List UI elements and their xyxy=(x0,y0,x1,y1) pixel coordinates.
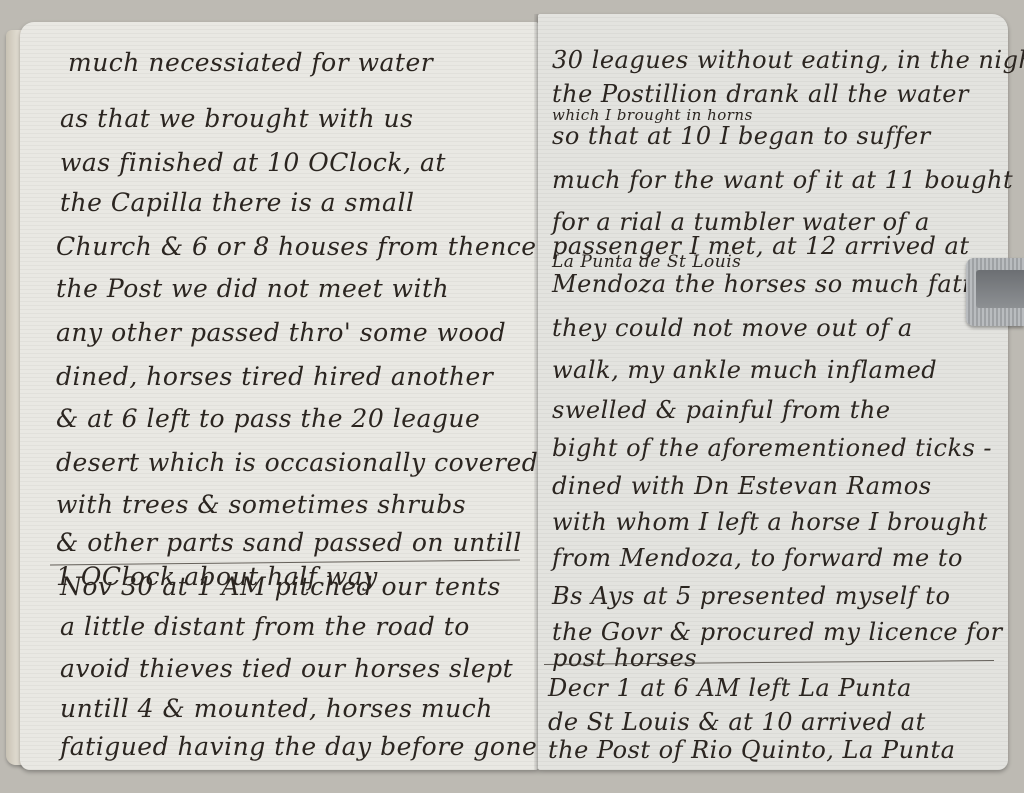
text-line: de St Louis & at 10 arrived at xyxy=(548,708,926,736)
text-line: the Capilla there is a small xyxy=(60,188,414,217)
text-line: Bs Ays at 5 presented myself to xyxy=(552,582,950,610)
text-line: & other parts sand passed on untill xyxy=(56,528,522,557)
text-line: avoid thieves tied our horses slept xyxy=(60,654,513,683)
left-page: much necessiated for water as that we br… xyxy=(20,22,538,770)
text-line: dined, horses tired hired another xyxy=(56,362,493,391)
text-line: they could not move out of a xyxy=(552,314,913,342)
text-line: swelled & painful from the xyxy=(552,396,891,424)
text-line: much for the want of it at 11 bought xyxy=(552,166,1013,194)
metal-clip-plate xyxy=(976,270,1024,308)
text-line: 30 leagues without eating, in the night xyxy=(552,46,1024,74)
text-line: the Postillion drank all the water xyxy=(552,80,969,108)
text-line-insertion: La Punta de St Louis xyxy=(552,252,741,272)
text-line: with whom I left a horse I brought xyxy=(552,508,988,536)
text-line: was finished at 10 OClock, at xyxy=(60,148,446,177)
text-line: dined with Dn Estevan Ramos xyxy=(552,472,932,500)
text-line: fatigued having the day before gone xyxy=(60,732,537,761)
text-line: Church & 6 or 8 houses from thence to xyxy=(56,232,571,261)
text-line: Mendoza the horses so much fatigued xyxy=(552,270,1024,298)
text-line: the Govr & procured my licence for xyxy=(552,618,1003,646)
text-line: bight of the aforementioned ticks - xyxy=(552,434,992,462)
text-line: Nov 30 at 1 AM pitched our tents xyxy=(60,572,501,601)
text-line: any other passed thro' some wood xyxy=(56,318,506,347)
text-line: desert which is occasionally covered xyxy=(56,448,538,477)
text-line: so that at 10 I began to suffer xyxy=(552,122,931,150)
text-line: Decr 1 at 6 AM left La Punta xyxy=(548,674,912,702)
text-line: a little distant from the road to xyxy=(60,612,470,641)
right-page: 30 leagues without eating, in the night … xyxy=(538,14,1008,770)
text-line: the Post of Rio Quinto, La Punta xyxy=(548,736,955,764)
text-line: with trees & sometimes shrubs xyxy=(56,490,466,519)
text-line: the Post we did not meet with xyxy=(56,274,449,303)
text-line: as that we brought with us xyxy=(60,104,414,133)
text-line: untill 4 & mounted, horses much xyxy=(60,694,493,723)
text-line: much necessiated for water xyxy=(68,48,433,77)
text-line: from Mendoza, to forward me to xyxy=(552,544,963,572)
text-line: post horses xyxy=(552,644,697,672)
text-line: & at 6 left to pass the 20 league xyxy=(56,404,480,433)
text-line: walk, my ankle much inflamed xyxy=(552,356,937,384)
metal-clip xyxy=(966,258,1024,326)
